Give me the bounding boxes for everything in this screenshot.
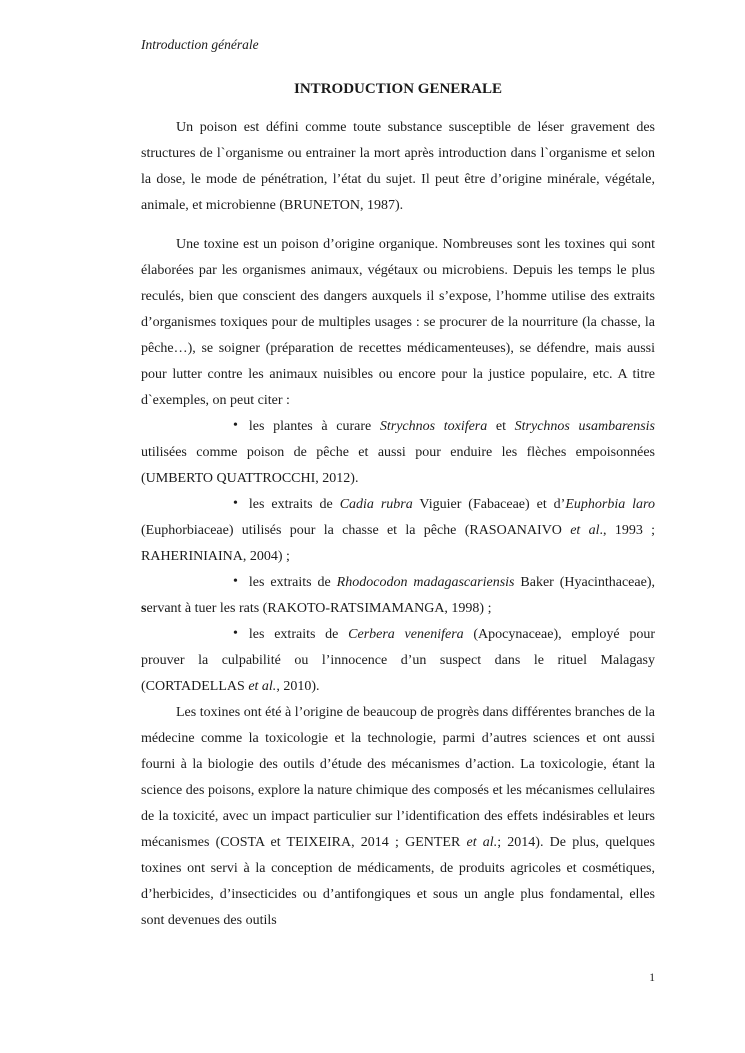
text-run: utilisées comme poison de pêche et aussi… <box>141 445 655 486</box>
text-run: Un poison est défini comme toute substan… <box>141 120 655 213</box>
paragraph: Une toxine est un poison d’origine organ… <box>141 232 655 414</box>
text-run: les extraits de <box>249 627 348 642</box>
bullet-icon: • <box>187 491 238 517</box>
text-run: Strychnos usambarensis <box>515 419 655 434</box>
paragraph: Un poison est défini comme toute substan… <box>141 115 655 219</box>
document-page: Introduction générale INTRODUCTION GENER… <box>0 0 745 1053</box>
bullet-item: •les plantes à curare Strychnos toxifera… <box>141 414 655 492</box>
page-number: 1 <box>649 971 655 985</box>
paragraph: Les toxines ont été à l’origine de beauc… <box>141 700 655 934</box>
text-run: et <box>487 419 514 434</box>
page-title: INTRODUCTION GENERALE <box>141 78 655 100</box>
text-run: et al. <box>467 835 498 850</box>
bullet-item: •les extraits de Cadia rubra Viguier (Fa… <box>141 492 655 570</box>
text-run: les plantes à curare <box>249 419 380 434</box>
text-run: Euphorbia laro <box>565 497 655 512</box>
text-run: Strychnos toxifera <box>380 419 487 434</box>
bullet-icon: • <box>187 413 238 439</box>
text-run: ervant à tuer les rats (RAKOTO-RATSIMAMA… <box>146 601 491 616</box>
text-run: Rhodocodon madagascariensis <box>337 575 515 590</box>
text-run: (Euphorbiaceae) utilisés pour la chasse … <box>141 523 570 538</box>
document-body: Un poison est défini comme toute substan… <box>141 115 655 934</box>
bullet-item: •les extraits de Cerbera venenifera (Apo… <box>141 622 655 700</box>
text-run: Baker (Hyacinthaceae), <box>514 575 655 590</box>
text-run: Cadia rubra <box>340 497 413 512</box>
bullet-icon: • <box>187 569 238 595</box>
text-run: Les toxines ont été à l’origine de beauc… <box>141 705 655 850</box>
bullet-icon: • <box>187 621 238 647</box>
text-run: Une toxine est un poison d’origine organ… <box>141 237 655 408</box>
text-run: et al <box>570 523 599 538</box>
text-run: et al. <box>248 679 276 694</box>
bullet-item: •les extraits de Rhodocodon madagascarie… <box>141 570 655 622</box>
text-run: Viguier (Fabaceae) et d’ <box>413 497 566 512</box>
text-run: les extraits de <box>249 497 340 512</box>
text-run: les extraits de <box>249 575 337 590</box>
text-run: Cerbera venenifera <box>348 627 464 642</box>
running-header: Introduction générale <box>141 36 655 54</box>
text-run: , 2010). <box>276 679 319 694</box>
